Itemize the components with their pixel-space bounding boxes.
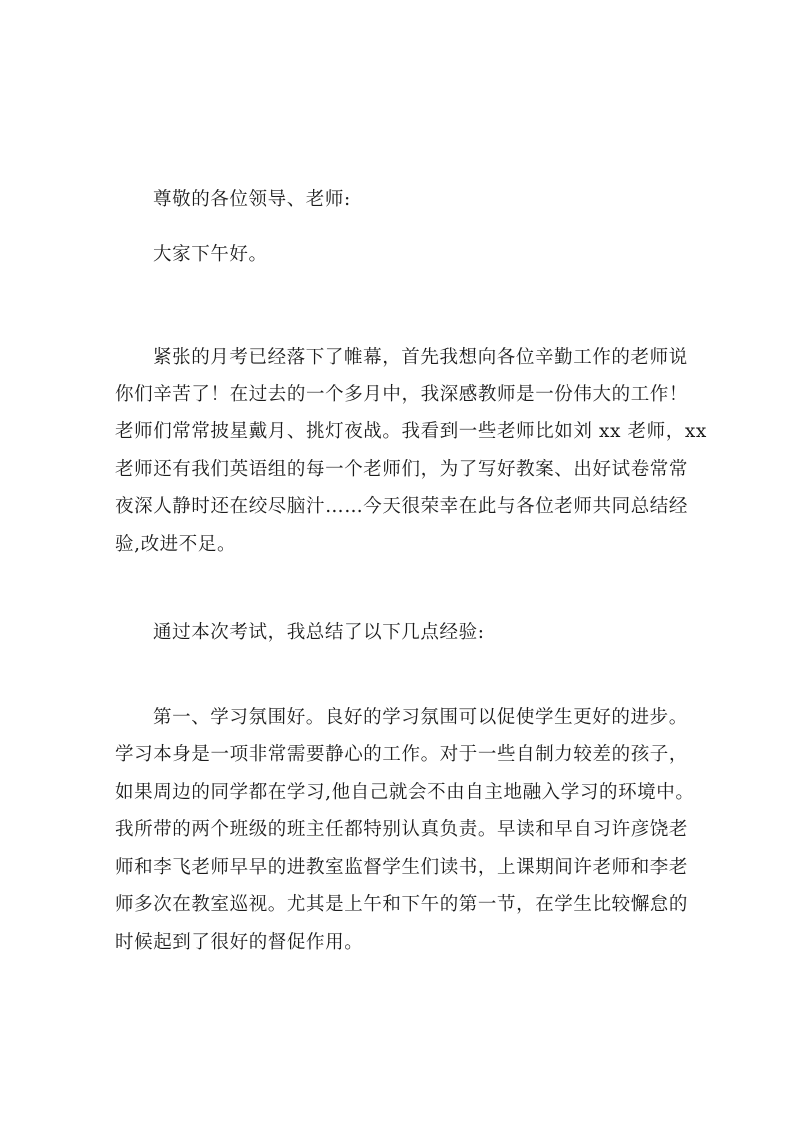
paragraph-line: 你们辛苦了！在过去的一个多月中，我深感教师是一份伟大的工作！ [115, 383, 695, 407]
paragraph-line: 老师还有我们英语组的每一个老师们，为了写好教案、出好试卷常常 [115, 458, 695, 482]
paragraph-line: 如果周边的同学都在学习,他自己就会不由自主地融入学习的环境中。 [115, 781, 695, 805]
document-page: 尊敬的各位领导、老师: 大家下午好。 紧张的月考已经落下了帷幕，首先我想向各位辛… [0, 0, 793, 1122]
greeting: 大家下午好。 [153, 243, 733, 267]
paragraph-line: 我所带的两个班级的班主任都特别认真负责。早读和早自习许彦饶老 [115, 818, 695, 842]
paragraph-line: 师多次在教室巡视。尤其是上午和下午的第一节，在学生比较懈怠的 [115, 893, 695, 917]
paragraph-line: 学习本身是一项非常需要静心的工作。对于一些自制力较差的孩子， [115, 743, 695, 767]
paragraph-line: 师和李飞老师早早的进教室监督学生们读书，上课期间许老师和李老 [115, 856, 695, 880]
paragraph-line: 紧张的月考已经落下了帷幕，首先我想向各位辛勤工作的老师说 [153, 346, 733, 370]
paragraph-line: 第一、学习氛围好。良好的学习氛围可以促使学生更好的进步。 [153, 706, 733, 730]
paragraph-line: 时候起到了很好的督促作用。 [115, 931, 695, 955]
paragraph-line: 老师们常常披星戴月、挑灯夜战。我看到一些老师比如刘 xx 老师，xx [115, 420, 695, 444]
paragraph-line: 夜深人静时还在绞尽脑汁……今天很荣幸在此与各位老师共同总结经 [115, 495, 695, 519]
paragraph-line: 通过本次考试，我总结了以下几点经验: [153, 621, 733, 645]
paragraph-line: 验,改进不足。 [115, 533, 695, 557]
salutation: 尊敬的各位领导、老师: [153, 188, 733, 212]
